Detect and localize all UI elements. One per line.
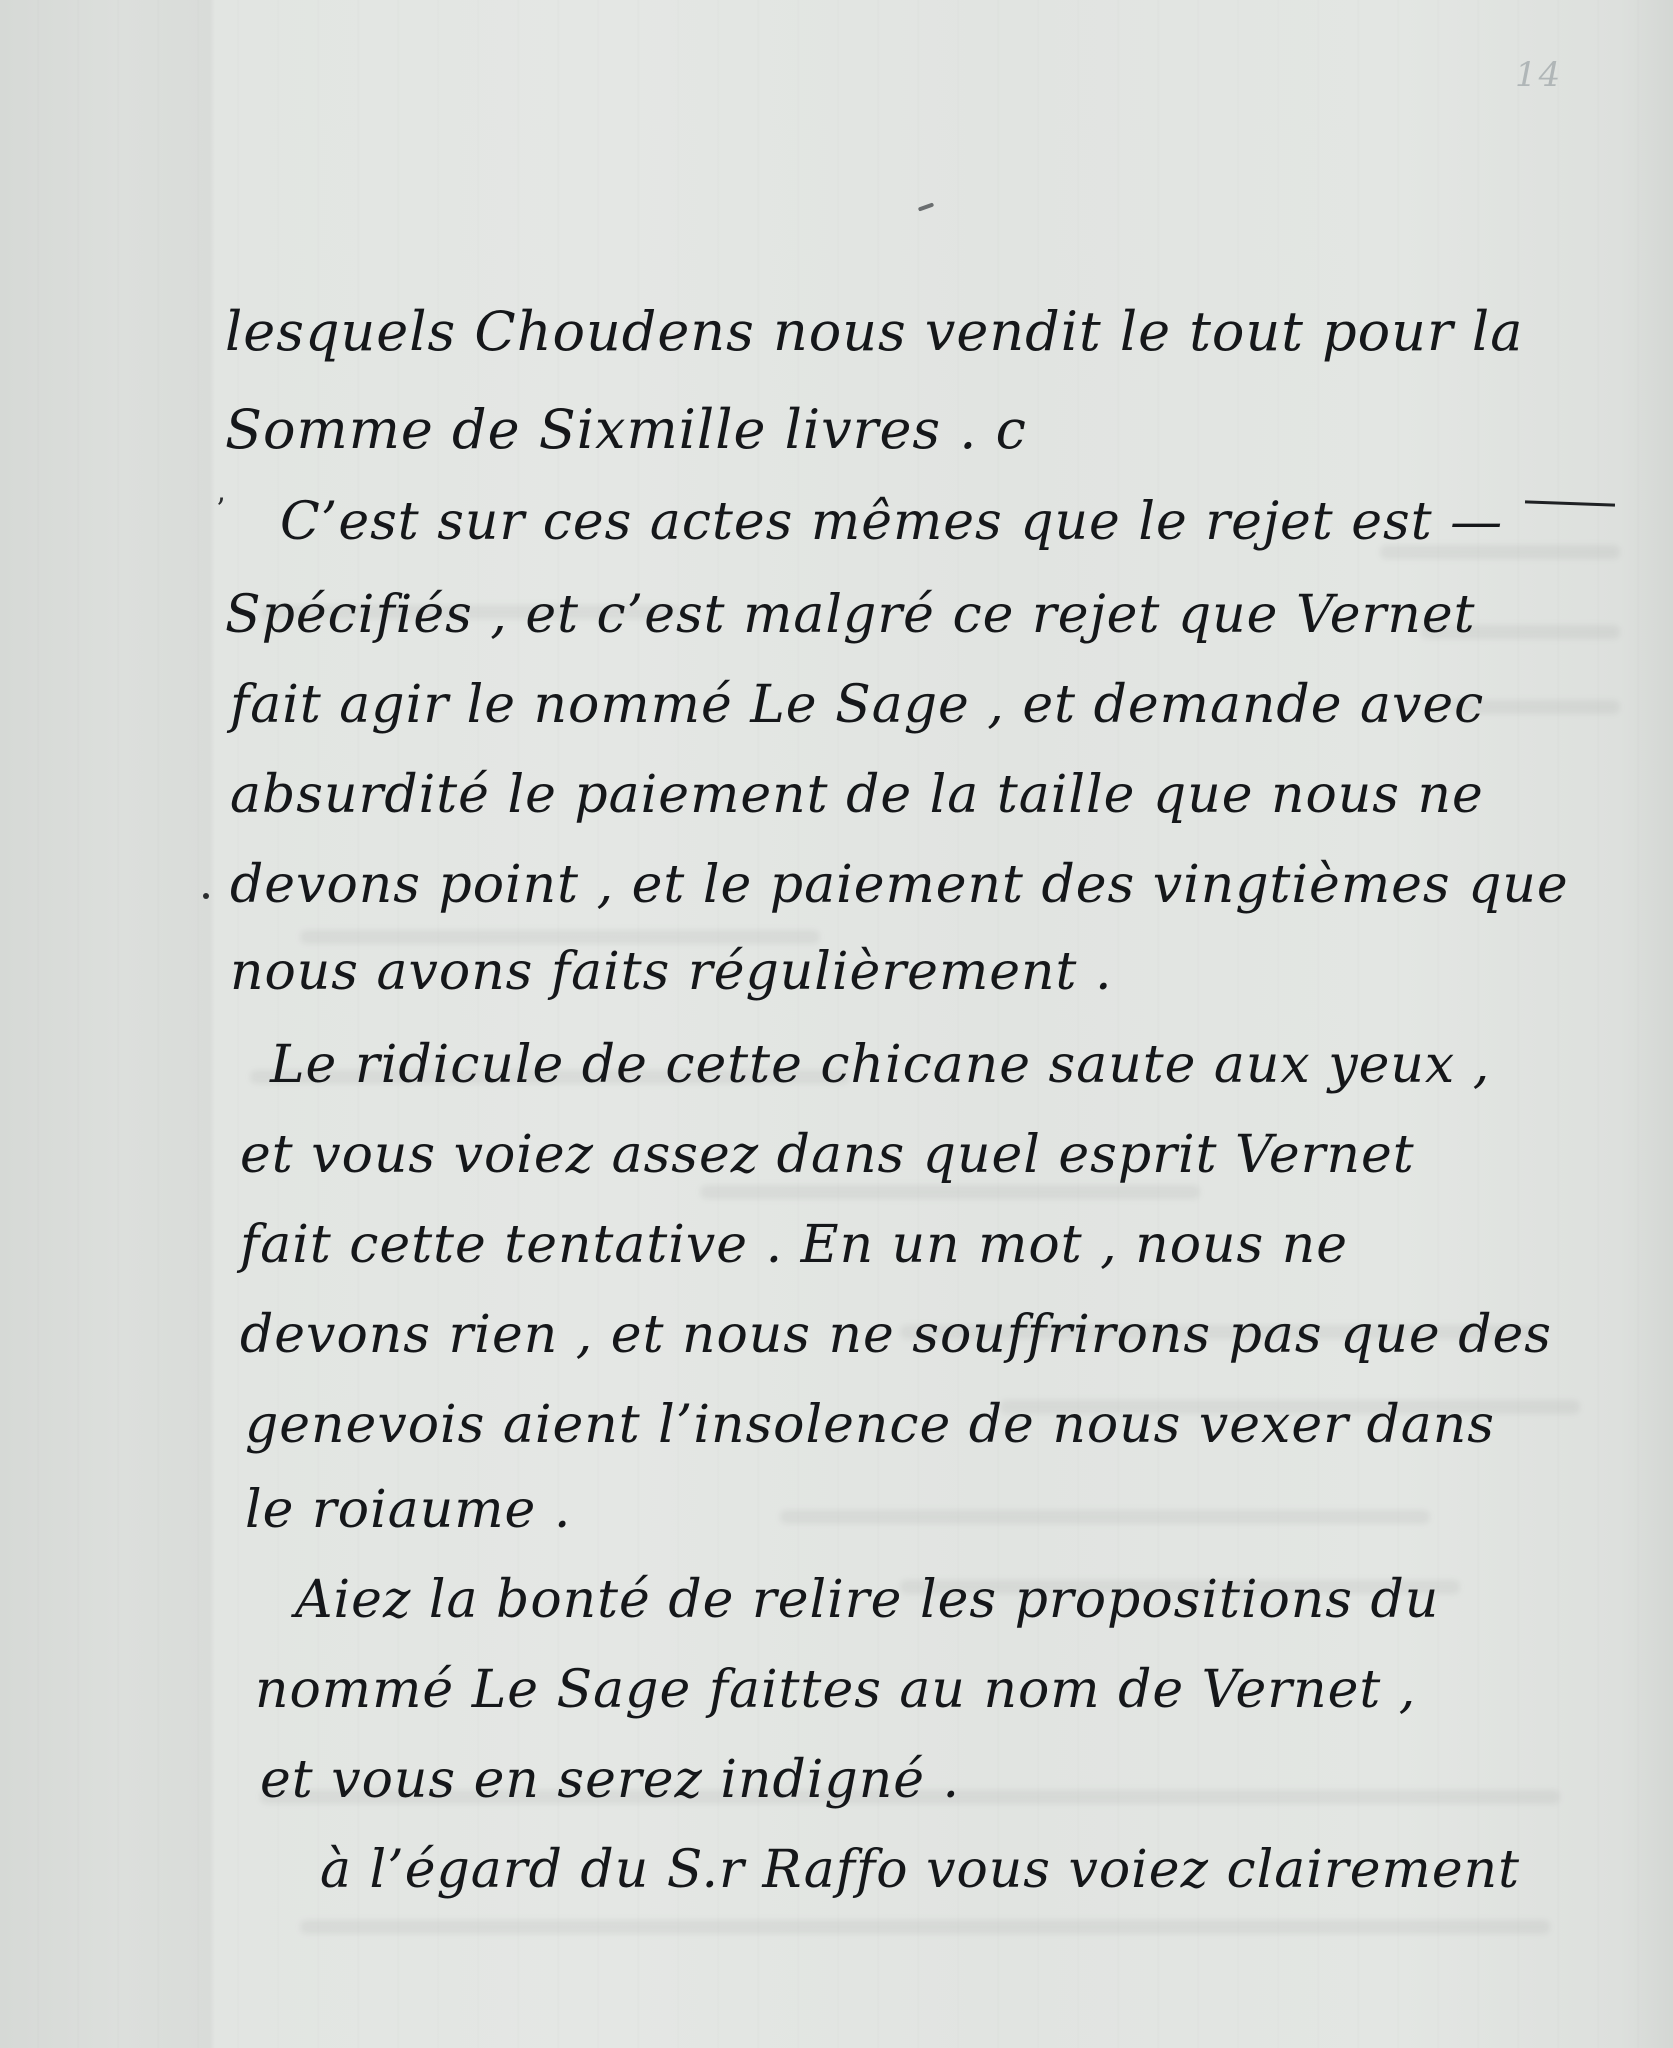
- manuscript-line: et vous en serez indigné .: [260, 1750, 960, 1810]
- manuscript-line: absurdité le paiement de la taille que n…: [230, 765, 1484, 825]
- manuscript-line: et vous voiez assez dans quel esprit Ver…: [240, 1125, 1415, 1185]
- manuscript-line: devons rien , et nous ne souffrirons pas…: [240, 1305, 1552, 1365]
- manuscript-line: nous avons faits régulièrement .: [230, 942, 1112, 1002]
- line-fill-dash: [1525, 500, 1615, 506]
- manuscript-line: Aiez la bonté de relire les propositions…: [295, 1570, 1439, 1630]
- page-number: 14: [1515, 55, 1562, 95]
- margin-dot: [203, 893, 209, 899]
- manuscript-line: nommé Le Sage faittes au nom de Vernet ,: [255, 1660, 1416, 1720]
- manuscript-line: Somme de Sixmille livres . c: [225, 398, 1027, 461]
- manuscript-line: fait cette tentative . En un mot , nous …: [240, 1215, 1348, 1275]
- manuscript-line: C’est sur ces actes mêmes que le rejet e…: [280, 492, 1503, 552]
- manuscript-line: lesquels Choudens nous vendit le tout po…: [225, 300, 1523, 363]
- manuscript-line: le roiaume .: [245, 1480, 571, 1540]
- manuscript-paper: 14 ʼ lesquels Choudens nous vendit le to…: [0, 0, 1673, 2048]
- manuscript-line: fait agir le nommé Le Sage , et demande …: [230, 675, 1484, 735]
- margin-mark: ʼ: [215, 493, 225, 528]
- manuscript-line: à l’égard du S.r Raffo vous voiez claire…: [320, 1840, 1520, 1900]
- manuscript-line: Spécifiés , et c’est malgré ce rejet que…: [225, 585, 1476, 645]
- manuscript-line: devons point , et le paiement des vingti…: [230, 855, 1569, 915]
- ink-speck: [918, 202, 934, 211]
- manuscript-line: Le ridicule de cette chicane saute aux y…: [270, 1035, 1490, 1095]
- manuscript-line: genevois aient l’insolence de nous vexer…: [245, 1395, 1495, 1455]
